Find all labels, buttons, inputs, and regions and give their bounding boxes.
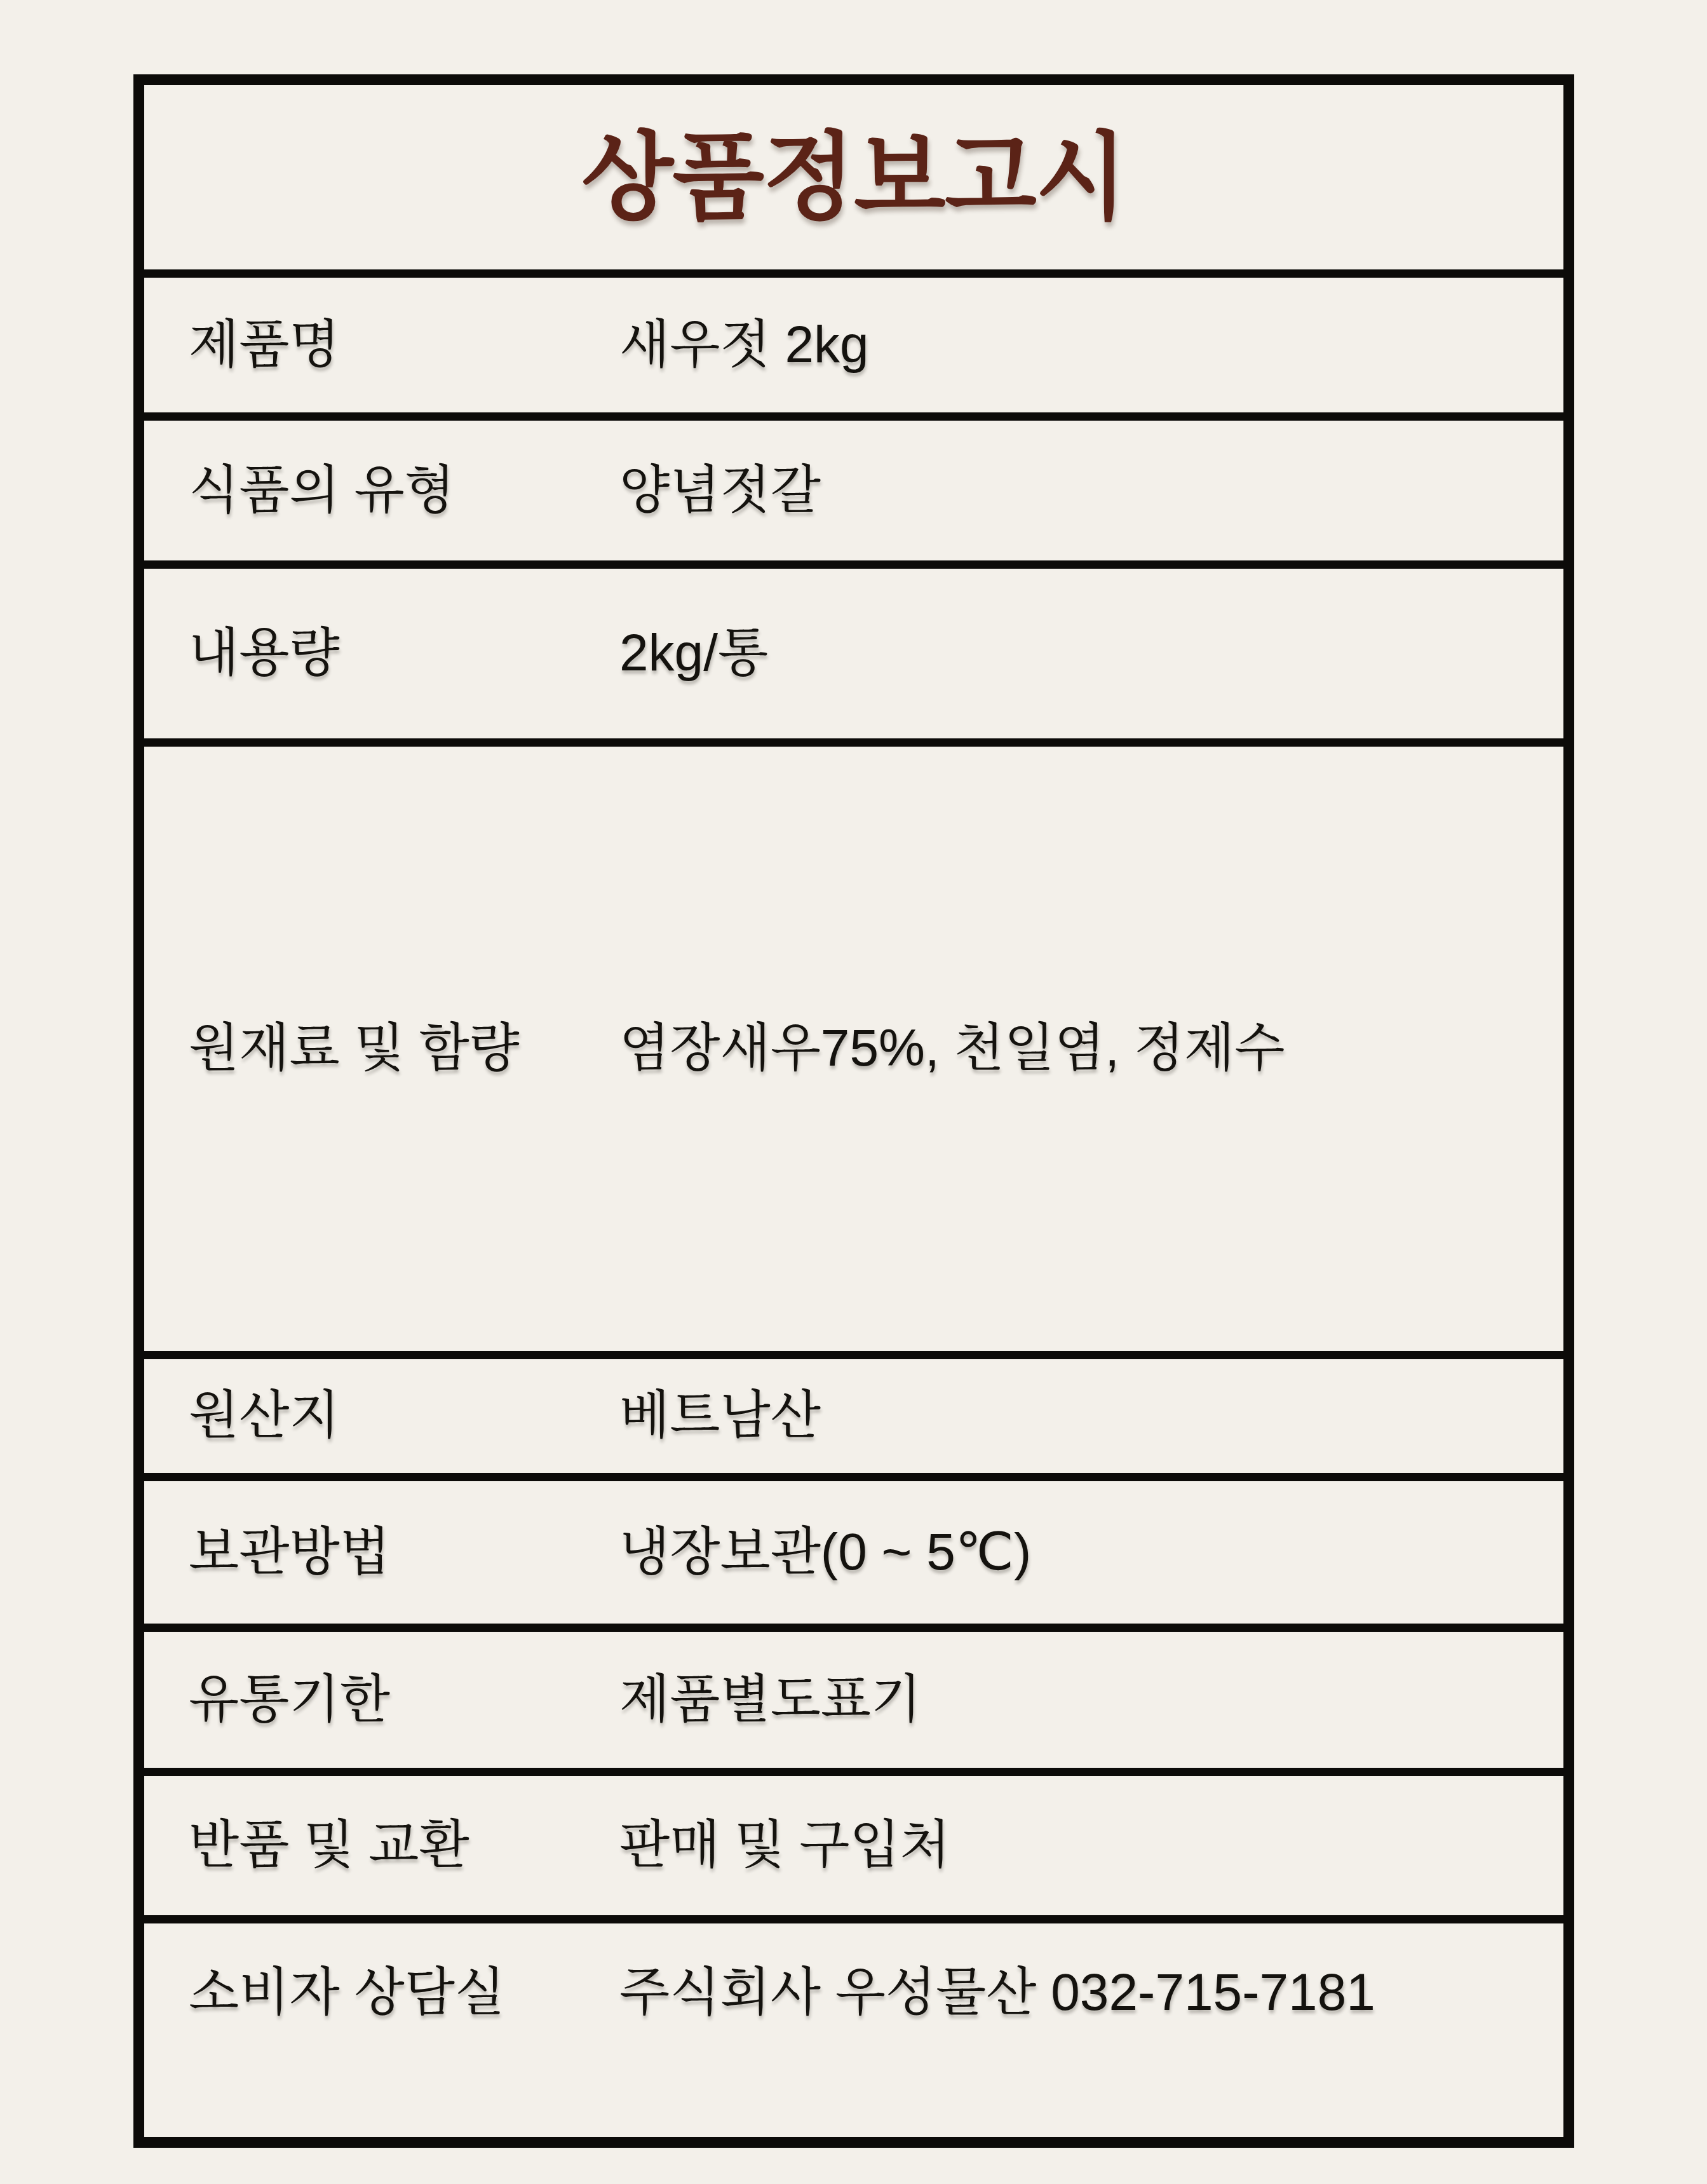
spec-label: 유통기한 — [189, 1670, 619, 1730]
spec-label: 반품 및 교환 — [189, 1815, 619, 1875]
table-title-row: 상품정보고시 — [144, 85, 1563, 269]
spec-label: 원재료 및 함량 — [189, 1019, 619, 1078]
spec-value: 제품별도표기 — [619, 1670, 1563, 1730]
table-row: 유통기한 제품별도표기 — [144, 1624, 1563, 1768]
spec-value: 베트남산 — [619, 1386, 1563, 1446]
spec-label: 원산지 — [189, 1386, 619, 1446]
spec-label: 제품명 — [189, 315, 619, 375]
table-row: 보관방법 냉장보관(0 ~ 5℃) — [144, 1473, 1563, 1624]
product-info-table: 상품정보고시 제품명 새우젓 2kg 식품의 유형 양념젓갈 내용량 2kg/통… — [133, 74, 1574, 2148]
spec-label: 내용량 — [189, 623, 619, 683]
table-row: 내용량 2kg/통 — [144, 560, 1563, 738]
table-row: 원재료 및 함량 염장새우75%, 천일염, 정제수 — [144, 738, 1563, 1351]
page-title: 상품정보고시 — [581, 130, 1126, 225]
table-row: 식품의 유형 양념젓갈 — [144, 412, 1563, 560]
spec-value: 2kg/통 — [619, 623, 1563, 683]
spec-value: 염장새우75%, 천일염, 정제수 — [619, 1019, 1563, 1078]
spec-label: 식품의 유형 — [189, 461, 619, 520]
table-row: 소비자 상담실 주식회사 우성물산 032-715-7181 — [144, 1915, 1563, 2063]
spec-value: 새우젓 2kg — [619, 315, 1563, 375]
spec-value: 양념젓갈 — [619, 461, 1563, 520]
table-row: 반품 및 교환 판매 및 구입처 — [144, 1768, 1563, 1915]
spec-label: 소비자 상담실 — [189, 1963, 619, 2023]
spec-label: 보관방법 — [189, 1523, 619, 1582]
spec-value: 냉장보관(0 ~ 5℃) — [619, 1523, 1563, 1582]
spec-value: 판매 및 구입처 — [619, 1815, 1563, 1875]
table-row: 제품명 새우젓 2kg — [144, 269, 1563, 412]
table-row: 원산지 베트남산 — [144, 1351, 1563, 1473]
spec-value: 주식회사 우성물산 032-715-7181 — [619, 1963, 1563, 2023]
